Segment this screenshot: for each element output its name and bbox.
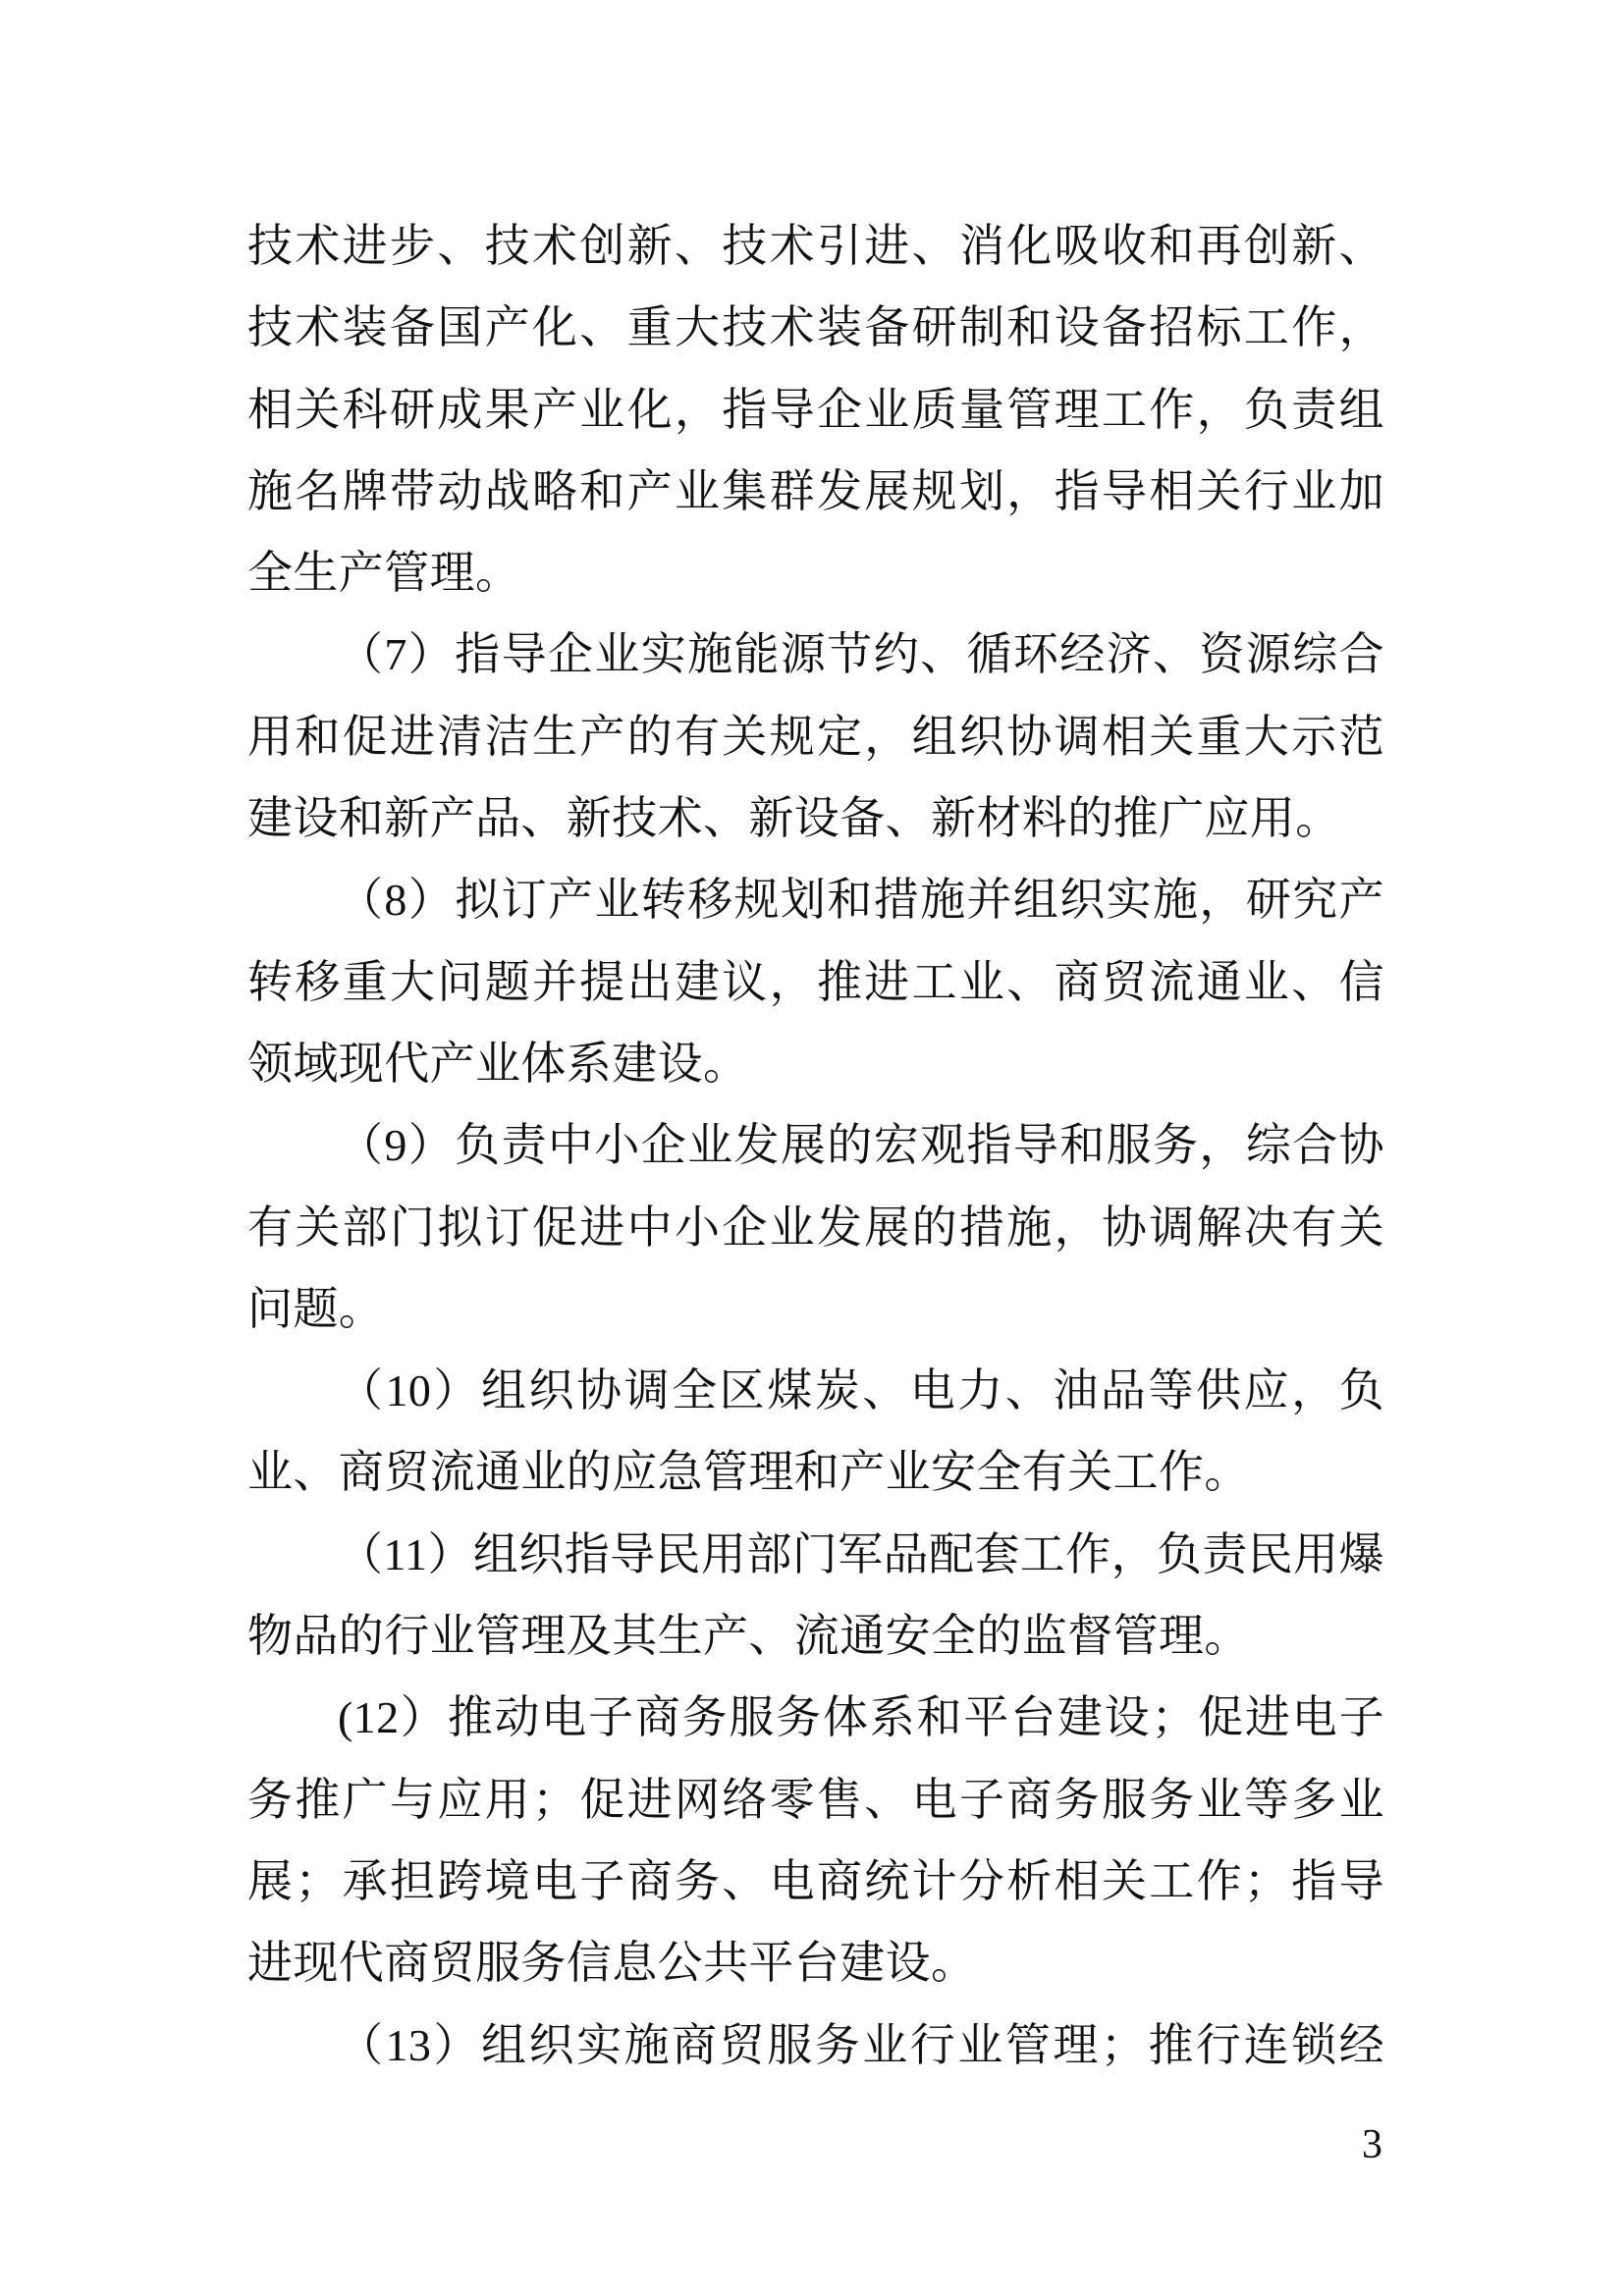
text-line: （8）拟订产业转移规划和措施并组织实施，研究产业 [247, 859, 1384, 940]
text-line: 施名牌带动战略和产业集群发展规划，指导相关行业加强安 [247, 451, 1384, 532]
text-line: 技术装备国产化、重大技术装备研制和设备招标工作，推进 [247, 287, 1384, 368]
text-line: 进现代商贸服务信息公共平台建设。 [247, 1922, 1384, 2003]
paragraph: （9）负责中小企业发展的宏观指导和服务，综合协调有关部门拟订促进中小企业发展的措… [247, 1104, 1384, 1350]
text-line: （11）组织指导民用部门军品配套工作，负责民用爆炸 [247, 1514, 1384, 1595]
paragraph: (12）推动电子商务服务体系和平台建设；促进电子商务推广与应用；促进网络零售、电… [247, 1677, 1384, 2003]
document-body: 技术进步、技术创新、技术引进、消化吸收和再创新、重大技术装备国产化、重大技术装备… [247, 205, 1384, 2086]
paragraph: （13）组织实施商贸服务业行业管理；推行连锁经营等 [247, 2004, 1384, 2086]
text-line: 问题。 [247, 1268, 1384, 1350]
paragraph: （8）拟订产业转移规划和措施并组织实施，研究产业转移重大问题并提出建议，推进工业… [247, 859, 1384, 1104]
text-line: (12）推动电子商务服务体系和平台建设；促进电子商 [247, 1677, 1384, 1758]
text-line: 领域现代产业体系建设。 [247, 1023, 1384, 1104]
text-line: 物品的行业管理及其生产、流通安全的监督管理。 [247, 1595, 1384, 1677]
page-number: 3 [1362, 2122, 1382, 2167]
text-line: （9）负责中小企业发展的宏观指导和服务，综合协调 [247, 1104, 1384, 1186]
text-line: 务推广与应用；促进网络零售、电子商务服务业等多业态发 [247, 1759, 1384, 1841]
text-line: 业、商贸流通业的应急管理和产业安全有关工作。 [247, 1431, 1384, 1513]
text-line: 技术进步、技术创新、技术引进、消化吸收和再创新、重大 [247, 205, 1384, 287]
text-line: 有关部门拟订促进中小企业发展的措施，协调解决有关重大 [247, 1187, 1384, 1268]
paragraph: （11）组织指导民用部门军品配套工作，负责民用爆炸物品的行业管理及其生产、流通安… [247, 1514, 1384, 1678]
text-line: 相关科研成果产业化，指导企业质量管理工作，负责组织实 [247, 369, 1384, 451]
text-line: 建设和新产品、新技术、新设备、新材料的推广应用。 [247, 777, 1384, 859]
text-line: 展；承担跨境电子商务、电商统计分析相关工作；指导并推 [247, 1841, 1384, 1922]
paragraph: 技术进步、技术创新、技术引进、消化吸收和再创新、重大技术装备国产化、重大技术装备… [247, 205, 1384, 614]
document-page: 技术进步、技术创新、技术引进、消化吸收和再创新、重大技术装备国产化、重大技术装备… [0, 0, 1624, 2296]
paragraph: （10）组织协调全区煤炭、电力、油品等供应，负责工业、商贸流通业的应急管理和产业… [247, 1350, 1384, 1514]
text-line: （7）指导企业实施能源节约、循环经济、资源综合利 [247, 614, 1384, 695]
text-line: 用和促进清洁生产的有关规定，组织协调相关重大示范工程 [247, 696, 1384, 777]
text-line: （10）组织协调全区煤炭、电力、油品等供应，负责工 [247, 1350, 1384, 1431]
text-line: 全生产管理。 [247, 532, 1384, 614]
text-line: （13）组织实施商贸服务业行业管理；推行连锁经营等 [247, 2004, 1384, 2086]
text-line: 转移重大问题并提出建议，推进工业、商贸流通业、信息化 [247, 941, 1384, 1023]
paragraph: （7）指导企业实施能源节约、循环经济、资源综合利用和促进清洁生产的有关规定，组织… [247, 614, 1384, 859]
